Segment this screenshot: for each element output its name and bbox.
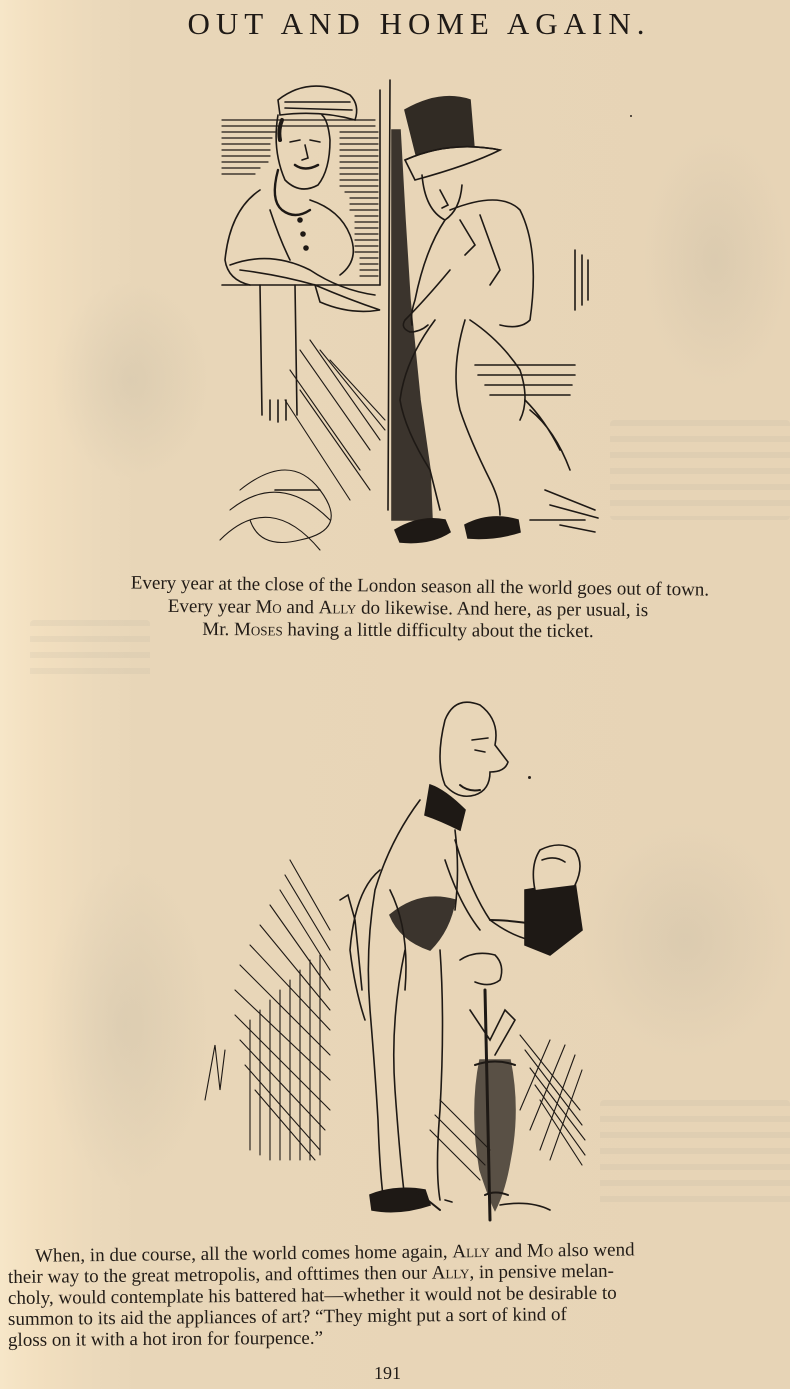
caption-text: do likewise. And here, as per usual, is: [356, 598, 648, 622]
caption-text: and: [282, 597, 319, 618]
illustration-railway-carriage: [200, 70, 620, 570]
character-name-ally: Ally: [319, 597, 357, 618]
caption-2-line-5: gloss on it with a hot iron for fourpenc…: [8, 1325, 784, 1351]
character-name-mo: Mo: [255, 597, 281, 618]
engraving-man-with-umbrella-and-hat: [190, 690, 630, 1240]
bleed-through-figure: [40, 860, 210, 1190]
ink-speck: [630, 115, 632, 117]
caption-text: and: [490, 1241, 527, 1262]
bleed-through-text: [610, 420, 790, 520]
caption-1-line-3: Mr. Moses having a little difficulty abo…: [18, 618, 778, 644]
scanned-page: OUT AND HOME AGAIN.: [0, 0, 790, 1389]
page-title: OUT AND HOME AGAIN.: [24, 6, 790, 42]
bleed-through-figure: [50, 280, 210, 480]
character-name-moses: Moses: [234, 619, 283, 640]
caption-text: Every year: [168, 596, 256, 618]
character-name-ally: Ally: [432, 1262, 470, 1283]
caption-home-again: When, in due course, all the world comes…: [8, 1246, 784, 1351]
caption-out-of-town: Every year at the close of the London se…: [30, 576, 790, 642]
bleed-through-figure: [640, 130, 790, 390]
caption-text: Mr.: [202, 619, 234, 640]
character-name-ally: Ally: [452, 1241, 490, 1262]
engraving-guard-and-passenger: [200, 70, 620, 570]
illustration-battered-hat: [190, 690, 630, 1240]
caption-text: , in pensive melan-: [469, 1261, 614, 1284]
caption-text: also wend: [553, 1239, 634, 1261]
caption-text: having a little difficulty about the tic…: [283, 619, 594, 642]
character-name-mo: Mo: [527, 1240, 554, 1261]
page-number: 191: [374, 1363, 401, 1384]
